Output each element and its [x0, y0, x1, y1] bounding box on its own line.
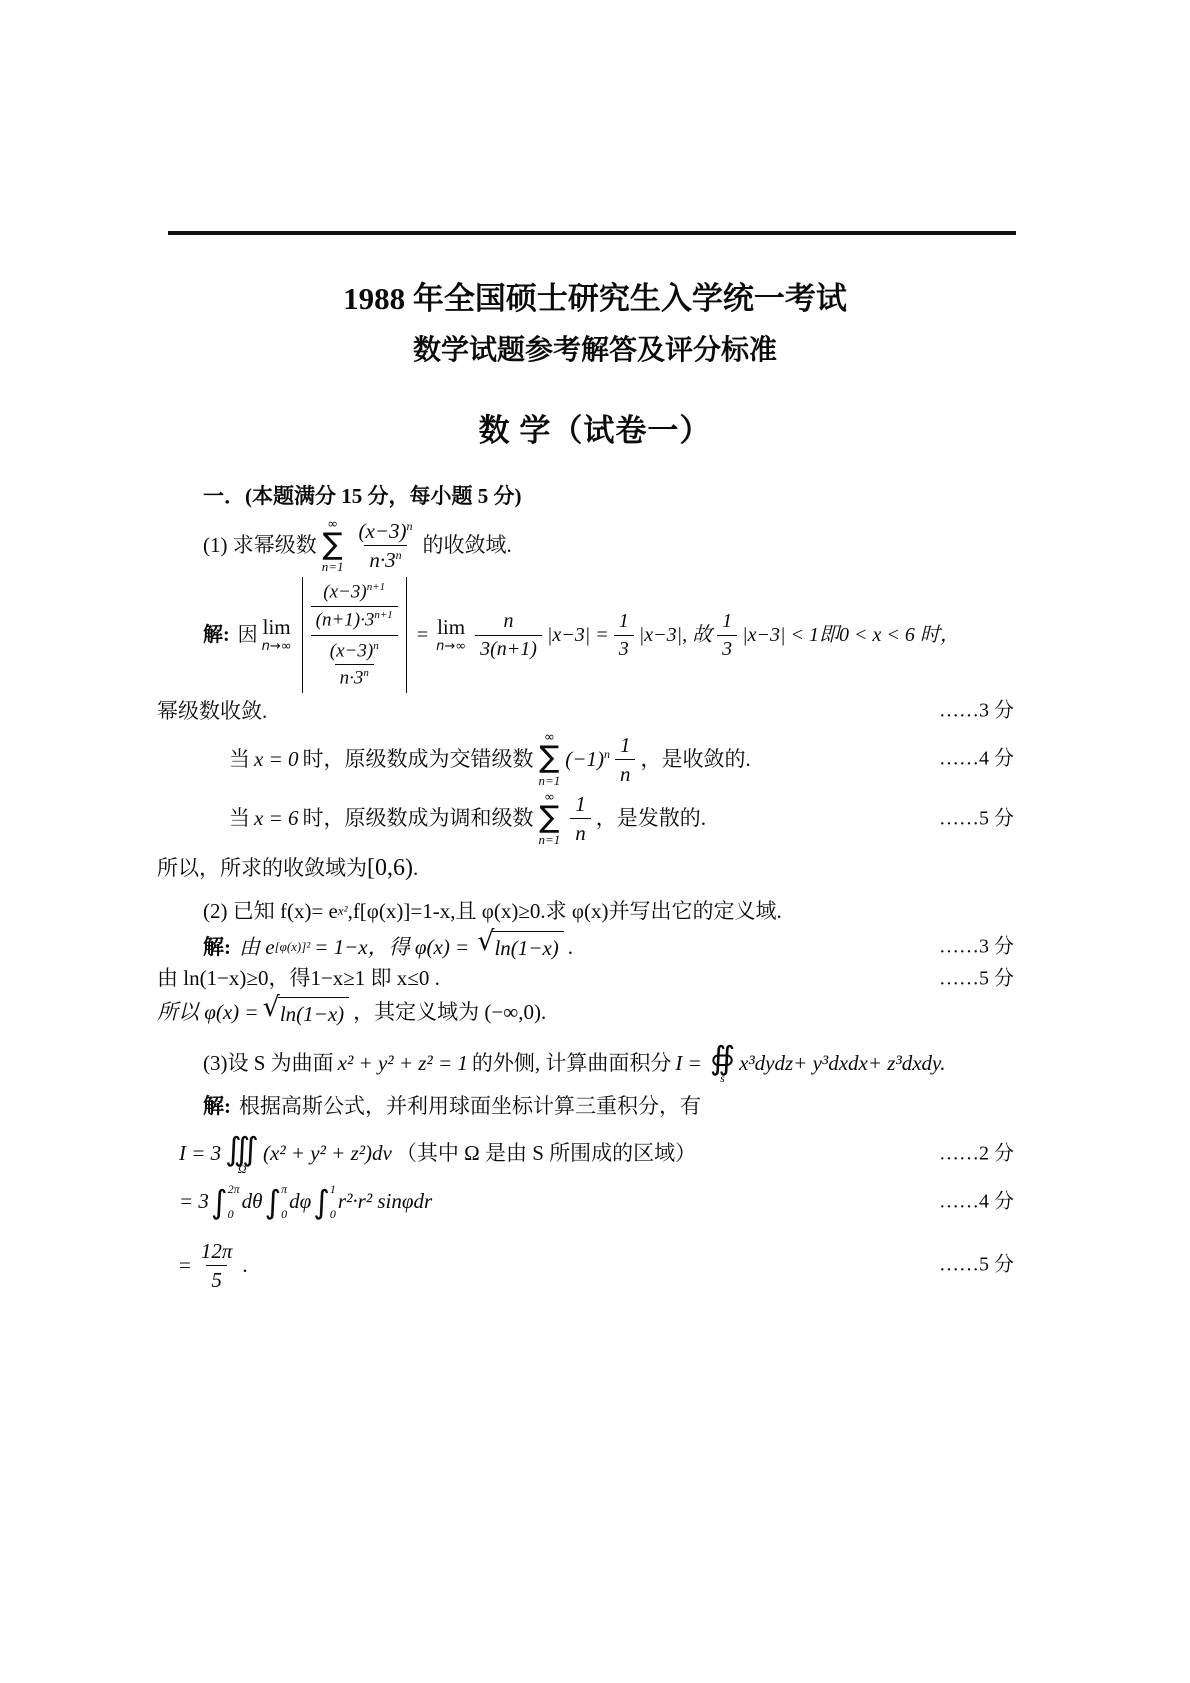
score-marker: ……5 分	[939, 965, 1014, 992]
solution-label: 解:	[203, 622, 230, 649]
integral-r: ∫ 1 0	[313, 1181, 336, 1223]
document-body: 一．(本题满分 15 分，每小题 5 分) (1) 求幂级数 ∞ ∑ n=1 (…	[157, 482, 1037, 1292]
radical-icon: √	[263, 994, 280, 1021]
num-exponent: n	[407, 519, 413, 533]
when-text: 当	[229, 745, 250, 773]
problem1-post: 的收敛域.	[423, 531, 512, 559]
numerator: 1	[570, 792, 591, 818]
den-base: (n+1)·3	[316, 609, 375, 630]
lim-subscript: n→∞	[436, 640, 466, 653]
limit-symbol: lim n→∞	[436, 617, 466, 653]
denominator: n	[570, 818, 591, 845]
integrand-r: r²·r² sinφdr	[338, 1187, 432, 1215]
abs-x-minus-3-so: |x−3|, 故	[639, 622, 712, 649]
triple-integral-lhs: I = 3	[179, 1139, 221, 1167]
integral-phi: ∫ π 0	[264, 1181, 287, 1223]
conclusion-text: 所以，所求的收敛域为	[157, 854, 367, 882]
integral-limits: 1 0	[330, 1181, 336, 1223]
upper-limit: 2π	[228, 1181, 240, 1197]
numerator: n	[498, 610, 518, 635]
surface-integral-symbol: ∯ s	[710, 1042, 735, 1084]
problem2-solution-line2: 由 ln(1−x)≥0，得1−x≥1 即 x≤0 . ……5 分	[157, 964, 1037, 992]
upper-limit: π	[281, 1181, 287, 1197]
fraction: n 3(n+1)	[475, 610, 542, 661]
top-rule	[168, 231, 1016, 235]
equals-sign: =	[417, 622, 428, 649]
period: .	[568, 933, 573, 961]
den-exponent: n+1	[374, 609, 392, 621]
problem1-solution-line1: 解: 因 lim n→∞ (x−3)n+1 (n+1)·3n+1 (x−3)n …	[157, 577, 1037, 693]
e-exponent: x²	[338, 902, 348, 920]
case-x6-conclusion: ，是发散的.	[596, 804, 706, 832]
sigma-icon: ∑	[539, 744, 559, 773]
den-base: n·3	[369, 548, 395, 572]
integrand-expression: x³dydz+ y³dxdx+ z³dxdy.	[739, 1049, 945, 1077]
numerator: (x−3)n+1	[318, 581, 390, 605]
fraction-bottom: (x−3)n n·3n	[325, 640, 384, 689]
sphere-equation: x² + y² + z² = 1	[338, 1049, 468, 1077]
denominator: (n+1)·3n+1	[311, 606, 398, 631]
fraction-one-third: 1 3	[717, 610, 737, 661]
fraction-one-third: 1 3	[614, 610, 634, 661]
fraction: (x−3)n n·3n	[354, 519, 418, 572]
denominator: 5	[206, 1265, 227, 1292]
problem3-step1: I = 3 ∭ Ω (x² + y² + z²)dv （其中 Ω 是由 S 所围…	[157, 1133, 1037, 1175]
main-fraction-bar	[311, 635, 398, 636]
problem2-post: ,f[φ(x)]=1-x,且 φ(x)≥0.求 φ(x)并写出它的定义域.	[348, 897, 782, 925]
problem1-conclusion: 所以，所求的收敛域为 [0,6) .	[157, 852, 1037, 884]
problem1-pre: (1) 求幂级数	[203, 531, 317, 559]
numerator: 12π	[196, 1239, 238, 1265]
term-base: (−1)	[565, 747, 604, 771]
d-phi: dφ	[289, 1187, 311, 1215]
lim-text: lim	[437, 617, 465, 638]
radical-icon: √	[477, 928, 494, 955]
solution-label: 解:	[203, 1092, 231, 1120]
surface-integral-subscript: s	[720, 1072, 725, 1084]
numerator: 1	[614, 610, 634, 635]
num-base: (x−3)	[330, 640, 373, 661]
phi-equation: = 1−x，得 φ(x) =	[314, 933, 469, 961]
lower-limit: 0	[330, 1206, 336, 1222]
upper-limit: 1	[330, 1181, 336, 1197]
sum-lower-limit: n=1	[539, 774, 561, 787]
problem2-conclusion: 所以 φ(x) = √ ln(1−x) ，其定义域为 (−∞,0).	[157, 997, 1037, 1028]
sum-lower-limit: n=1	[322, 560, 344, 573]
case-x6-line: 当 x = 6 时，原级数成为调和级数 ∞ ∑ n=1 1 n ，是发散的. ……	[157, 791, 1037, 847]
conclusion-pre: 所以 φ(x) =	[157, 998, 259, 1026]
num-base: (x−3)	[323, 582, 366, 603]
sigma-icon: ∑	[323, 531, 343, 560]
den-exponent: n	[396, 548, 402, 562]
numerator: 1	[615, 733, 636, 759]
lim-text: lim	[263, 617, 291, 638]
page-subtitle: 数学试题参考解答及评分标准	[0, 333, 1190, 369]
triple-integral-icon: ∭	[225, 1133, 259, 1165]
alternating-term: (−1)n	[565, 745, 610, 773]
domain-derivation: 由 ln(1−x)≥0，得1−x≥1 即 x≤0 .	[157, 964, 440, 992]
problem2-solution-line1: 解: 由 e[φ(x)]² = 1−x，得 φ(x) = √ ln(1−x) .…	[157, 931, 1037, 962]
term-exponent: n	[604, 747, 610, 761]
exam-solution-page: 1988 年全国硕士研究生入学统一考试 数学试题参考解答及评分标准 数 学（试卷…	[0, 0, 1190, 1683]
score-marker: ……3 分	[939, 698, 1014, 725]
lower-limit: 0	[228, 1206, 240, 1222]
equals-sign: =	[179, 1251, 191, 1279]
case-x6-text: 时，原级数成为调和级数	[303, 804, 534, 832]
problem2-statement: (2) 已知 f(x)= ex²,f[φ(x)]=1-x,且 φ(x)≥0.求 …	[157, 897, 1037, 925]
step2-coefficient: = 3	[179, 1187, 209, 1215]
integral-limits: π 0	[281, 1181, 287, 1223]
convergence-statement: 幂级数收敛. ……3 分	[157, 697, 1037, 725]
den-base: n·3	[340, 667, 364, 688]
lim-subscript: n→∞	[262, 640, 292, 653]
fraction-one-over-n: 1 n	[615, 733, 636, 786]
score-marker: ……3 分	[939, 933, 1014, 960]
radicand: ln(1−x)	[492, 931, 563, 962]
problem3-statement: (3)设 S 为曲面 x² + y² + z² = 1 的外侧, 计算曲面积分 …	[157, 1042, 1037, 1084]
triple-integral-subscript: Ω	[238, 1163, 247, 1175]
lower-limit: 0	[281, 1206, 287, 1222]
omega-region-note: （其中 Ω 是由 S 所围成的区域）	[396, 1139, 696, 1167]
convergence-interval: [0,6)	[367, 852, 413, 884]
limit-symbol: lim n→∞	[262, 617, 292, 653]
integral-theta: ∫ 2π 0	[211, 1181, 240, 1223]
summation-symbol: ∞ ∑ n=1	[539, 731, 561, 787]
conclusion-post: ，其定义域为 (−∞,0).	[353, 998, 546, 1026]
numerator: (x−3)n	[354, 519, 418, 545]
case-x0-text: 时，原级数成为交错级数	[303, 745, 534, 773]
problem3-pre: (3)设 S 为曲面	[203, 1049, 334, 1077]
denominator: 3(n+1)	[475, 635, 542, 661]
denominator: n	[615, 759, 636, 786]
x-equals-6: x = 6	[254, 804, 299, 832]
sigma-icon: ∑	[539, 804, 559, 833]
result-fraction: 12π 5	[196, 1239, 238, 1292]
fraction-top: (x−3)n+1 (n+1)·3n+1	[311, 581, 398, 630]
triple-integral-body: (x² + y² + z²)dv	[263, 1139, 392, 1167]
num-base: (x−3)	[359, 519, 407, 543]
from-e-base: 由 e	[239, 933, 275, 961]
inequality-tail: |x−3| < 1即0 < x < 6 时，	[742, 622, 960, 649]
case-x0-conclusion: ，是收敛的.	[640, 745, 750, 773]
convergence-text: 幂级数收敛.	[157, 697, 267, 725]
solution-label: 解:	[203, 933, 231, 961]
nested-fraction: (x−3)n+1 (n+1)·3n+1 (x−3)n n·3n	[311, 581, 398, 689]
summation-symbol: ∞ ∑ n=1	[539, 791, 561, 847]
denominator: n·3n	[364, 545, 406, 572]
abs-x-minus-3: |x−3| =	[547, 622, 609, 649]
score-marker: ……4 分	[939, 746, 1014, 773]
summation-symbol: ∞ ∑ n=1	[322, 518, 344, 574]
num-exponent: n+1	[367, 581, 385, 593]
surface-integral-icon: ∯	[710, 1042, 735, 1074]
integral-icon: ∫	[264, 1186, 281, 1218]
section1-heading: 一．(本题满分 15 分，每小题 5 分)	[157, 482, 1037, 510]
radicand: ln(1−x)	[278, 997, 349, 1028]
problem1-statement: (1) 求幂级数 ∞ ∑ n=1 (x−3)n n·3n 的收敛域.	[157, 518, 1037, 574]
period: .	[242, 1251, 247, 1279]
because-text: 因	[238, 622, 258, 649]
when-text: 当	[229, 804, 250, 832]
triple-integral-symbol: ∭ Ω	[225, 1133, 259, 1175]
section1-heading-text: 一．(本题满分 15 分，每小题 5 分)	[203, 482, 522, 510]
problem3-result: = 12π 5 . ……5 分	[157, 1239, 1037, 1292]
numerator: 1	[717, 610, 737, 635]
case-x0-line: 当 x = 0 时，原级数成为交错级数 ∞ ∑ n=1 (−1)n 1 n ，是…	[157, 731, 1037, 787]
problem3-mid: 的外侧, 计算曲面积分	[472, 1049, 672, 1077]
score-marker: ……2 分	[939, 1140, 1014, 1167]
integral-limits: 2π 0	[228, 1181, 240, 1223]
integral-icon: ∫	[313, 1186, 330, 1218]
integral-icon: ∫	[211, 1186, 228, 1218]
gauss-formula-text: 根据高斯公式，并利用球面坐标计算三重积分，有	[239, 1092, 701, 1120]
page-title: 1988 年全国硕士研究生入学统一考试	[0, 279, 1190, 319]
denominator: 3	[717, 635, 737, 661]
score-marker: ……5 分	[939, 1252, 1014, 1279]
square-root: √ ln(1−x)	[263, 997, 350, 1028]
numerator: (x−3)n	[325, 640, 384, 664]
fraction-one-over-n: 1 n	[570, 792, 591, 845]
sum-lower-limit: n=1	[539, 833, 561, 846]
denominator: 3	[614, 635, 634, 661]
num-exponent: n	[373, 640, 379, 652]
problem2-pre: (2) 已知 f(x)= e	[203, 897, 338, 925]
period: .	[413, 854, 418, 882]
integral-lhs: I =	[675, 1049, 701, 1077]
square-root: √ ln(1−x)	[477, 931, 564, 962]
absolute-value-ratio: (x−3)n+1 (n+1)·3n+1 (x−3)n n·3n	[302, 577, 407, 693]
paper-title: 数 学（试卷一）	[0, 410, 1190, 452]
score-marker: ……4 分	[939, 1188, 1014, 1215]
problem3-solution-intro: 解: 根据高斯公式，并利用球面坐标计算三重积分，有	[157, 1092, 1037, 1120]
d-theta: dθ	[242, 1187, 263, 1215]
e-exponent: [φ(x)]²	[275, 938, 311, 956]
den-exponent: n	[363, 667, 369, 679]
problem3-step2: = 3 ∫ 2π 0 dθ ∫ π 0 dφ ∫ 1	[157, 1181, 1037, 1223]
denominator: n·3n	[335, 664, 374, 689]
x-equals-0: x = 0	[254, 745, 299, 773]
score-marker: ……5 分	[939, 805, 1014, 832]
